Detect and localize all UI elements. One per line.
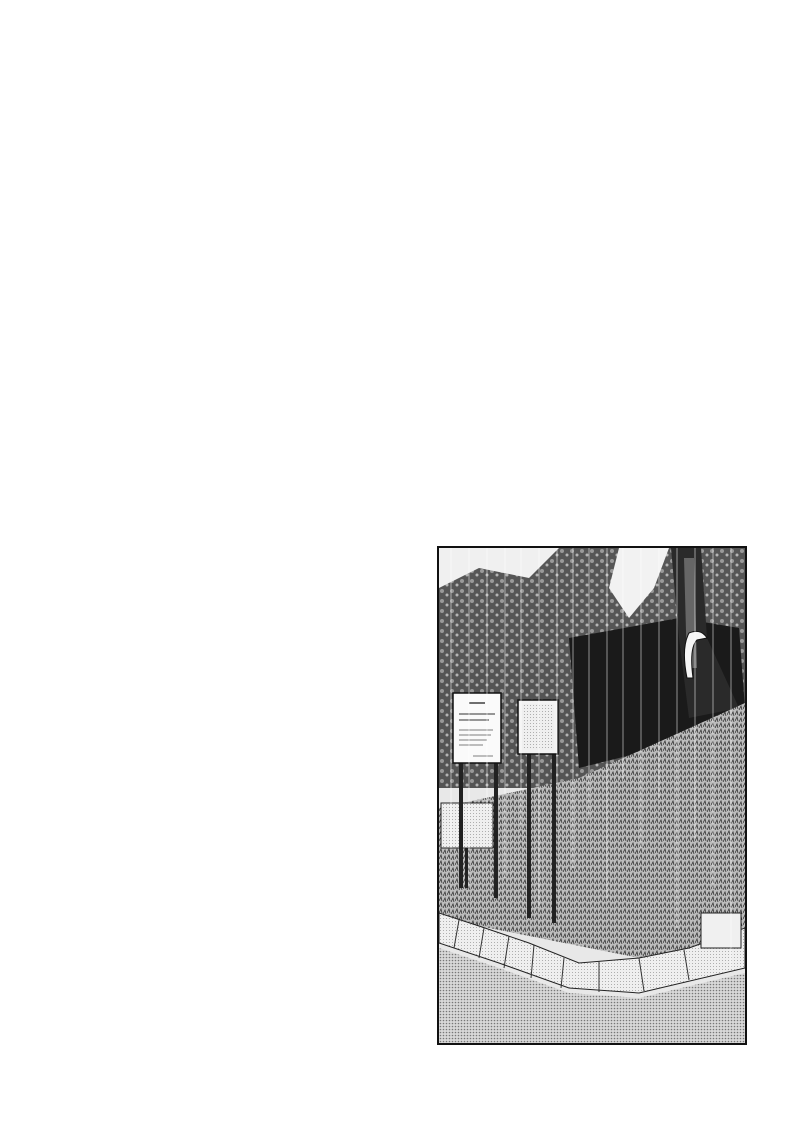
panel-park-signs: [437, 546, 747, 1045]
stone-marker: [441, 803, 493, 848]
panel-illustration: [439, 548, 745, 1043]
manga-page: [0, 0, 800, 1147]
